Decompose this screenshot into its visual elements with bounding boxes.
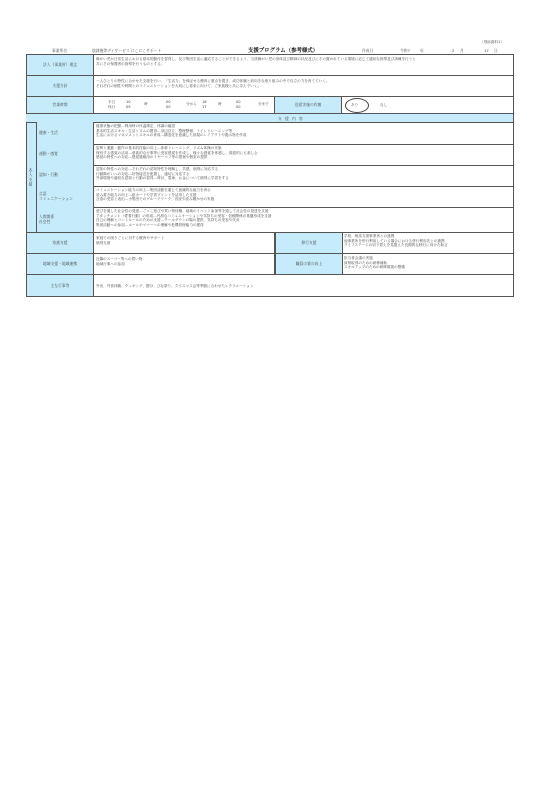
personal-support-item-label: 認知・行動 [36,165,94,186]
holiday-end-hour: 17 [202,105,207,110]
transition-support-text: 学校、相談支援事業者との連携 他事業所を併行利用している場合における併行利用先と… [342,233,512,249]
transition-line: ライフステージの切り替えを見据えた長期的な移行に向けた助言 [344,243,510,248]
community-line: 地域行事への参加 [96,262,272,267]
personal-support-item-text: 健康状態の把握…利用時の体温測定、体調の確認基本的生活スキル・生活リズムの獲得…… [94,123,512,139]
personal-support-item-text: 認知の特性への対応…それぞれの認知特性を理解し、共感、個別に対応する行動障がいへ… [94,166,512,182]
row-divider [26,96,513,97]
support-content-header: 支 援 内 容 [26,113,513,122]
transition-support-label: 移行支援 [275,233,343,253]
personal-support-item-label: 健康・生活 [36,122,94,144]
philosophy-line: 共にその保護者の指導を行うものとする。 [96,62,510,67]
staff-quality-label: 職員の質の向上 [275,254,343,274]
personal-support-item-label: 言語 コミュニケーション [36,186,94,207]
policy-label: 支援方針 [27,76,94,96]
created-month: 2 [452,48,454,53]
personal-support-item-label: 人間関係 社会性 [36,207,94,232]
personal-support-line: 感覚の特性への対応…感覚過敏用のイヤーマフ等の提案や個室の提供 [96,155,510,160]
personal-support-item-text: 遊びを通した社会性の発達…ごっこ遊びや買い物体験、地域のイベント参加等を通して社… [94,208,512,228]
personal-support-item-text: コミュニケーション能力の向上…集団活動を通じて意識的な能力を育む読み書き能力の向… [94,187,512,203]
holiday-start-hour: 09 [126,105,131,110]
hour-unit: 時 [144,102,148,107]
personal-support-line: 外部環境や適切な認知と行動の習得…時計、電車、お金について個別に学習をする [96,176,510,181]
attachment-label: （別添資料1） [480,40,504,45]
personal-support-line: 生活におけるマネジメントスキルの育成…構造化を意識した部屋のレイアウトや掲示物を… [96,133,510,138]
family-line: 個別支援 [96,241,272,246]
transport-no-option[interactable]: なし [380,103,387,108]
events-label: 主な行事等 [27,275,94,296]
from-label: 分から [186,102,197,107]
community-support-text: 近隣のスーパー等への買い物 地域行事への参加 [94,256,274,267]
hour-unit: 時 [218,102,222,107]
family-support-label: 家族支援 [27,233,94,253]
transport-yes-option[interactable]: あり [351,103,358,108]
page-title: 支援プログラム（参考様式） [248,46,318,54]
transport-label: 送迎実施の有無 [275,97,342,113]
hours-label: 営業時間 [27,97,94,113]
community-support-label: 地域支援・地域連携 [27,254,94,274]
staff-quality-text: 担当者会議の実施 資格取得のための研修補助 スキルアップのための研修環境の整備 [342,255,512,271]
row-divider [26,253,513,254]
policy-line: それぞれの個性や時間とのコミュニケーションを大切にし将来に向けて、ご家族様と共に… [96,84,510,89]
personal-support-item-label: 運動・感覚 [36,144,94,165]
holiday-end-minute: 00 [236,105,241,110]
policy-text: 一人ひとりの特性に合わせた支援を行い、「生活力」を伸ばせる療育に重点を置き、成功… [94,78,512,89]
staff-line: スキルアップのための研修環境の整備 [344,265,510,270]
personal-support-line: 集団活動への参加…ルールやマナーへの理解や危機管理能力の獲得 [96,223,510,228]
philosophy-text: 障がい児が日常生活における基本的動作を習得し、及び集団生活に適応することができる… [94,56,512,67]
family-support-text: 家庭での困りごとに対する療育やサポート 個別支援 [94,235,274,246]
personal-support-item-text: 姿勢と運動・動作の基本的技能の向上…体幹トレーニング、リズム体操の実施保有する感… [94,145,512,161]
philosophy-label: 法人（事業所）理念 [27,55,94,75]
events-text: 外出、外食体験、クッキング、節分、ひな祭り、クリスマス会等季節に合わせたレクリエ… [94,283,512,290]
holiday-start-minute: 00 [166,105,171,110]
created-day: 17 [484,48,489,53]
personal-support-line: 言語の受容と表出…小集団でのグループワーク、音読や読み聞かせの実施 [96,197,510,202]
row-divider [26,75,513,76]
personal-support-group-text: 本人支援 [29,168,34,187]
row-divider [26,274,513,275]
support-content-title: 支 援 内 容 [278,116,304,122]
until-label: 分まで [258,102,269,107]
holiday-label: 休日 [108,105,115,110]
